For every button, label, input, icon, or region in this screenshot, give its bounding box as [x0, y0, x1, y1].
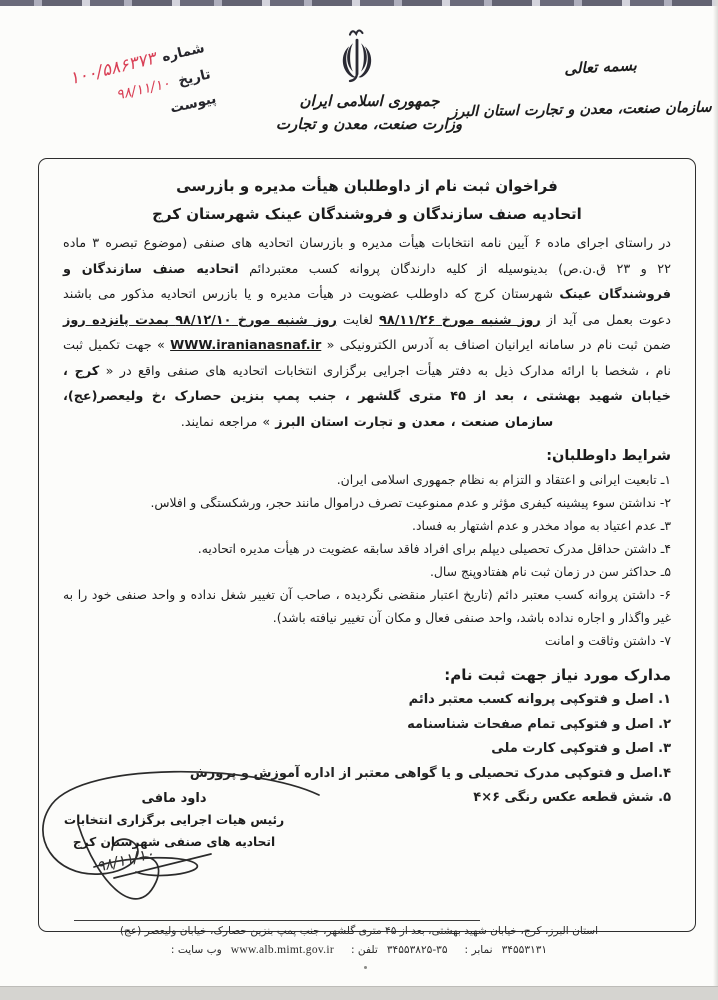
- list-item: ۳. اصل و فتوکپی کارت ملی: [63, 737, 671, 762]
- attachment-label: پیوست: [169, 91, 218, 117]
- scan-edge-top: [0, 0, 718, 6]
- list-item: ۲- نداشتن سوء پیشینه کیفری مؤثر و عدم مم…: [63, 491, 671, 514]
- list-item: ۳ـ عدم اعتیاد به مواد مخدر و عدم اشتهار …: [63, 514, 671, 537]
- list-item: ۲. اصل و فتوکپی تمام صفحات شناسنامه: [63, 713, 671, 738]
- letterhead-fields: شماره ۱۰۰/۵۸۶۳۷۳ تاریخ ۹۸/۱۱/۱۰ پیوست: [17, 38, 220, 158]
- fax-label: نمابر :: [465, 944, 493, 956]
- body-segment: لغایت: [337, 313, 379, 328]
- list-item: ۴.اصل و فتوکپی مدرک تحصیلی و یا گواهی مع…: [63, 762, 671, 787]
- body-segment: ضمن ثبت نام در سامانه ایرانیان اصناف به …: [321, 338, 671, 353]
- footer-contacts: وب سایت : www.alb.mimt.gov.ir تلفن : ۳۴۵…: [119, 944, 599, 956]
- list-item: ۷- داشتن وثاقت و امانت: [63, 629, 671, 652]
- provincial-org-title: سازمان صنعت، معدن و تجارت استان البرز: [446, 100, 716, 121]
- scan-speck: [364, 966, 367, 969]
- date-handwritten-value: ۹۸/۱۱/۱۰: [115, 76, 172, 104]
- republic-title: جمهوری اسلامی ایران: [262, 92, 477, 110]
- conditions-heading: شرایط داوطلبان:: [63, 444, 671, 468]
- conditions-list: ۱ـ تابعیت ایرانی و اعتقاد و التزام به نظ…: [63, 468, 671, 652]
- body-segment: روز شنبه مورخ ۹۸/۱۱/۲۶: [379, 313, 541, 328]
- website-label: وب سایت :: [171, 944, 222, 956]
- signature-block: داود مافی رئیس هیات اجرایی برگزاری انتخا…: [58, 788, 290, 853]
- date-label: تاریخ: [177, 66, 212, 89]
- list-item: ۵ـ حداکثر سن در زمان ثبت نام هفتادوپنج س…: [63, 560, 671, 583]
- scanned-letter-page: شماره ۱۰۰/۵۸۶۳۷۳ تاریخ ۹۸/۱۱/۱۰ پیوست جم…: [0, 0, 718, 1000]
- phone-label: تلفن :: [351, 944, 378, 956]
- body-segment: WWW.iranianasnaf.ir: [170, 338, 321, 353]
- body-segment: روز شنبه مورخ ۹۸/۱۲/۱۰ بمدت پانزده روز: [63, 313, 337, 328]
- notice-title-line1: فراخوان ثبت نام از داوطلبان هیأت مدیره و…: [63, 172, 671, 200]
- signatory-title-line1: رئیس هیات اجرایی برگزاری انتخابات: [58, 809, 290, 831]
- scan-edge-bottom: [0, 986, 718, 1000]
- list-item: ۴ـ داشتن حداقل مدرک تحصیلی دیپلم برای اف…: [63, 537, 671, 560]
- iran-national-emblem-icon: [328, 26, 386, 92]
- documents-heading: مدارک مورد نیاز جهت ثبت نام:: [63, 662, 671, 688]
- notice-title-line2: اتحادیه صنف سازندگان و فروشندگان عینک شه…: [63, 200, 671, 228]
- signatory-name: داود مافی: [58, 788, 290, 809]
- phone-number: ۳۴۵۵۳۸۲۵-۳۵: [387, 944, 448, 956]
- body-segment: » مراجعه نمایند.: [181, 415, 276, 430]
- list-item: ۱ـ تابعیت ایرانی و اعتقاد و التزام به نظ…: [63, 468, 671, 491]
- scan-edge-right: [713, 0, 718, 1000]
- website-url: www.alb.mimt.gov.ir: [231, 944, 334, 956]
- footer-address: استان البرز، کرج، خیابان شهید بهشتی، بعد…: [99, 925, 619, 937]
- fax-number: ۳۴۵۵۳۱۳۱: [502, 944, 548, 956]
- list-item: ۶- داشتن پروانه کسب معتبر دائم (تاریخ اع…: [63, 583, 671, 629]
- notice-body-paragraph: در راستای اجرای ماده ۶ آیین نامه انتخابا…: [63, 231, 671, 435]
- signatory-title-line2: اتحادیه های صنفی شهرستان کرج: [58, 831, 290, 853]
- footer-divider: [74, 920, 480, 921]
- number-label: شماره: [160, 40, 206, 65]
- list-item: ۱. اصل و فتوکپی پروانه کسب معتبر دائم: [63, 688, 671, 713]
- bismillah-text: بسمه تعالی: [538, 55, 664, 80]
